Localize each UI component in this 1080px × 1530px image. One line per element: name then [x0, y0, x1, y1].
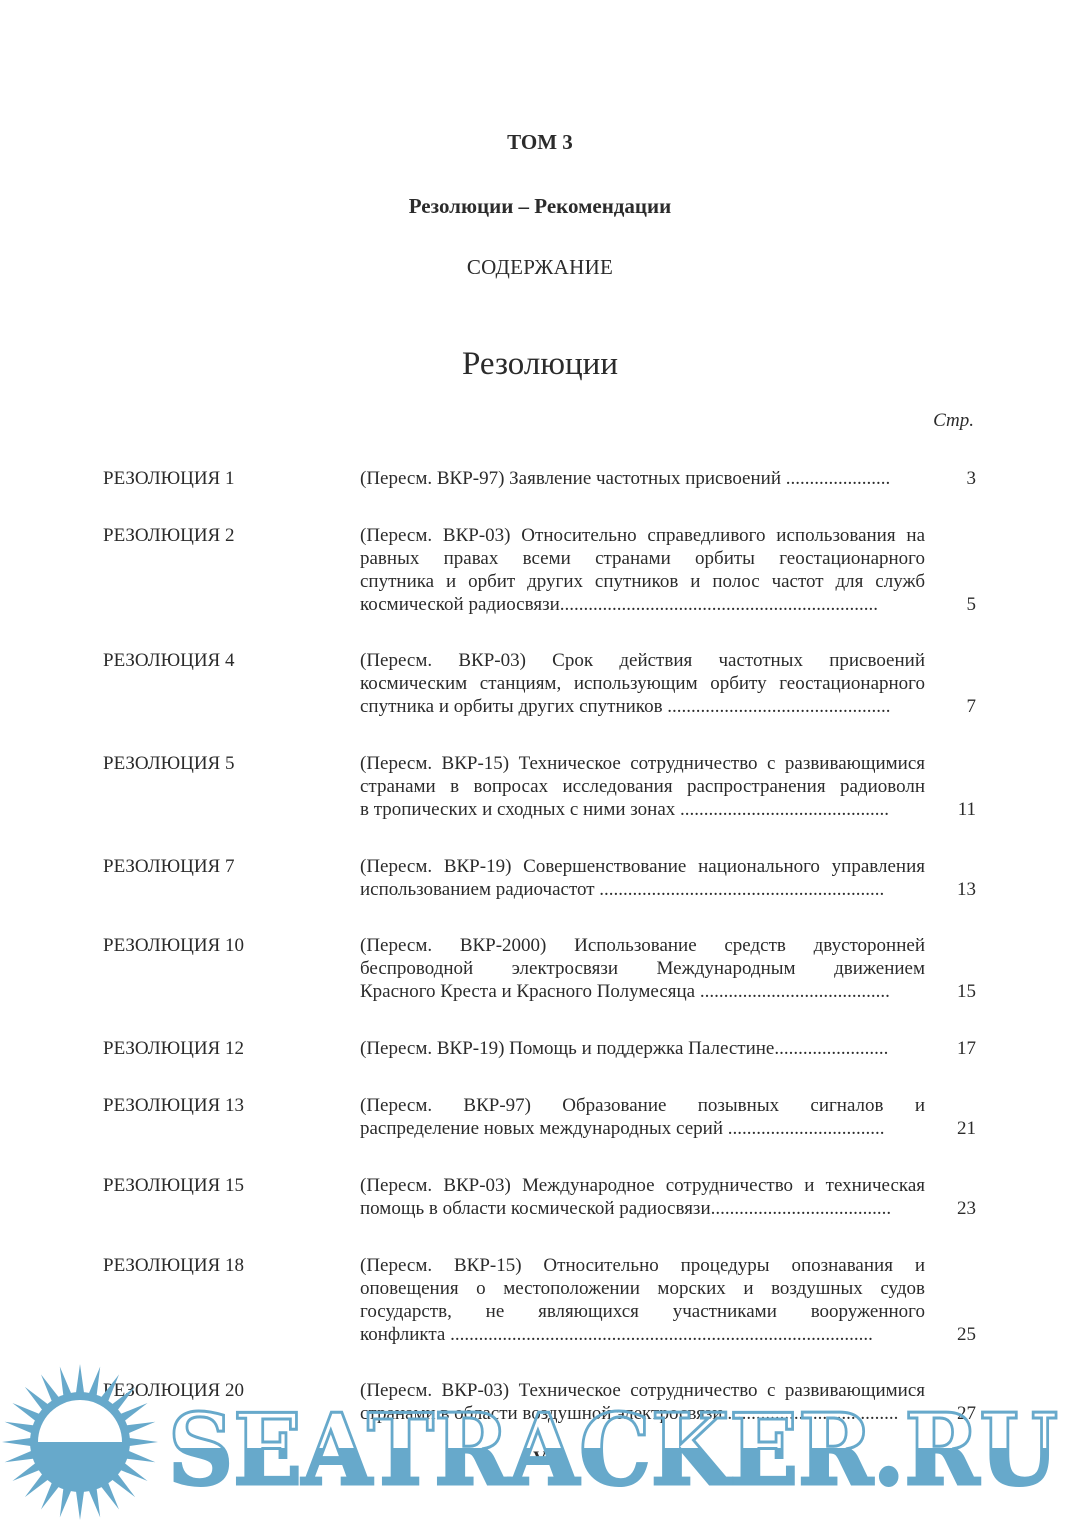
title-line: в тропических и сходных с ними зонах ...…: [360, 798, 925, 821]
title-line: беспроводной электросвязи Международным …: [360, 957, 925, 980]
resolution-title: (Пересм. ВКР-19) Совершенствование нацио…: [360, 855, 925, 901]
section-title: Резолюции: [0, 346, 1080, 383]
resolution-title: (Пересм. ВКР-97) Образование позывных си…: [360, 1094, 925, 1140]
title-line: (Пересм. ВКР-15) Относительно процедуры …: [360, 1254, 925, 1277]
resolution-label: РЕЗОЛЮЦИЯ 13: [103, 1094, 244, 1117]
title-line: странами в вопросах исследования распрос…: [360, 775, 925, 798]
title-line: (Пересм. ВКР-97) Заявление частотных при…: [360, 467, 925, 490]
title-line: конфликта ..............................…: [360, 1323, 925, 1346]
title-line: равных правах всеми странами орбиты геос…: [360, 547, 925, 570]
title-line: оповещения о местоположении морских и во…: [360, 1277, 925, 1300]
resolution-title: (Пересм. ВКР-03) Международное сотруднич…: [360, 1174, 925, 1220]
title-line: использованием радиочастот .............…: [360, 878, 925, 901]
title-line: (Пересм. ВКР-19) Помощь и поддержка Пале…: [360, 1037, 925, 1060]
title-line: (Пересм. ВКР-03) Техническое сотрудничес…: [360, 1379, 925, 1402]
resolution-label: РЕЗОЛЮЦИЯ 12: [103, 1037, 244, 1060]
contents-heading: СОДЕРЖАНИЕ: [0, 255, 1080, 280]
page-ref[interactable]: 23: [957, 1197, 976, 1220]
resolution-title: (Пересм. ВКР-19) Помощь и поддержка Пале…: [360, 1037, 925, 1060]
page-ref[interactable]: 15: [957, 980, 976, 1003]
resolution-label: РЕЗОЛЮЦИЯ 5: [103, 752, 234, 775]
resolution-title: (Пересм. ВКР-03) Срок действия частотных…: [360, 649, 925, 718]
resolution-label: РЕЗОЛЮЦИЯ 20: [103, 1379, 244, 1402]
resolution-label: РЕЗОЛЮЦИЯ 4: [103, 649, 234, 672]
resolution-title: (Пересм. ВКР-03) Относительно справедлив…: [360, 524, 925, 616]
resolution-label: РЕЗОЛЮЦИЯ 1: [103, 467, 234, 490]
title-line: спутника и орбиты других спутников .....…: [360, 695, 925, 718]
resolution-label: РЕЗОЛЮЦИЯ 2: [103, 524, 234, 547]
title-line: распределение новых международных серий …: [360, 1117, 925, 1140]
page-ref[interactable]: 27: [957, 1402, 976, 1425]
title-line: космической радиосвязи..................…: [360, 593, 925, 616]
page-column-label: Стр.: [933, 410, 974, 432]
resolution-title: (Пересм. ВКР-15) Техническое сотрудничес…: [360, 752, 925, 821]
title-line: (Пересм. ВКР-03) Международное сотруднич…: [360, 1174, 925, 1197]
page-ref[interactable]: 21: [957, 1117, 976, 1140]
volume-title: ТОМ 3: [0, 130, 1080, 155]
page-number: - V -: [0, 1448, 1080, 1470]
title-line: (Пересм. ВКР-19) Совершенствование нацио…: [360, 855, 925, 878]
resolution-label: РЕЗОЛЮЦИЯ 7: [103, 855, 234, 878]
resolution-title: (Пересм. ВКР-15) Относительно процедуры …: [360, 1254, 925, 1346]
title-line: Красного Креста и Красного Полумесяца ..…: [360, 980, 925, 1003]
page-ref[interactable]: 17: [957, 1037, 976, 1060]
title-line: (Пересм. ВКР-03) Относительно справедлив…: [360, 524, 925, 547]
title-line: помощь в области космической радиосвязи.…: [360, 1197, 925, 1220]
page-ref[interactable]: 11: [958, 798, 976, 821]
resolution-title: (Пересм. ВКР-03) Техническое сотрудничес…: [360, 1379, 925, 1425]
resolution-title: (Пересм. ВКР-97) Заявление частотных при…: [360, 467, 925, 490]
title-line: спутника и орбит других спутников и поло…: [360, 570, 925, 593]
volume-subtitle: Резолюции – Рекомендации: [0, 194, 1080, 219]
resolution-label: РЕЗОЛЮЦИЯ 15: [103, 1174, 244, 1197]
title-line: (Пересм. ВКР-03) Срок действия частотных…: [360, 649, 925, 672]
title-line: космическим станциям, использующим орбит…: [360, 672, 925, 695]
resolution-title: (Пересм. ВКР-2000) Использование средств…: [360, 934, 925, 1003]
resolution-label: РЕЗОЛЮЦИЯ 18: [103, 1254, 244, 1277]
page-ref[interactable]: 25: [957, 1323, 976, 1346]
page-ref[interactable]: 7: [967, 695, 977, 718]
page-ref[interactable]: 3: [967, 467, 977, 490]
title-line: государств, не являющихся участниками во…: [360, 1300, 925, 1323]
page-ref[interactable]: 13: [957, 878, 976, 901]
page-ref[interactable]: 5: [967, 593, 977, 616]
resolution-label: РЕЗОЛЮЦИЯ 10: [103, 934, 244, 957]
title-line: (Пересм. ВКР-2000) Использование средств…: [360, 934, 925, 957]
title-line: (Пересм. ВКР-15) Техническое сотрудничес…: [360, 752, 925, 775]
title-line: (Пересм. ВКР-97) Образование позывных си…: [360, 1094, 925, 1117]
title-line: странами в области воздушной электросвяз…: [360, 1402, 925, 1425]
